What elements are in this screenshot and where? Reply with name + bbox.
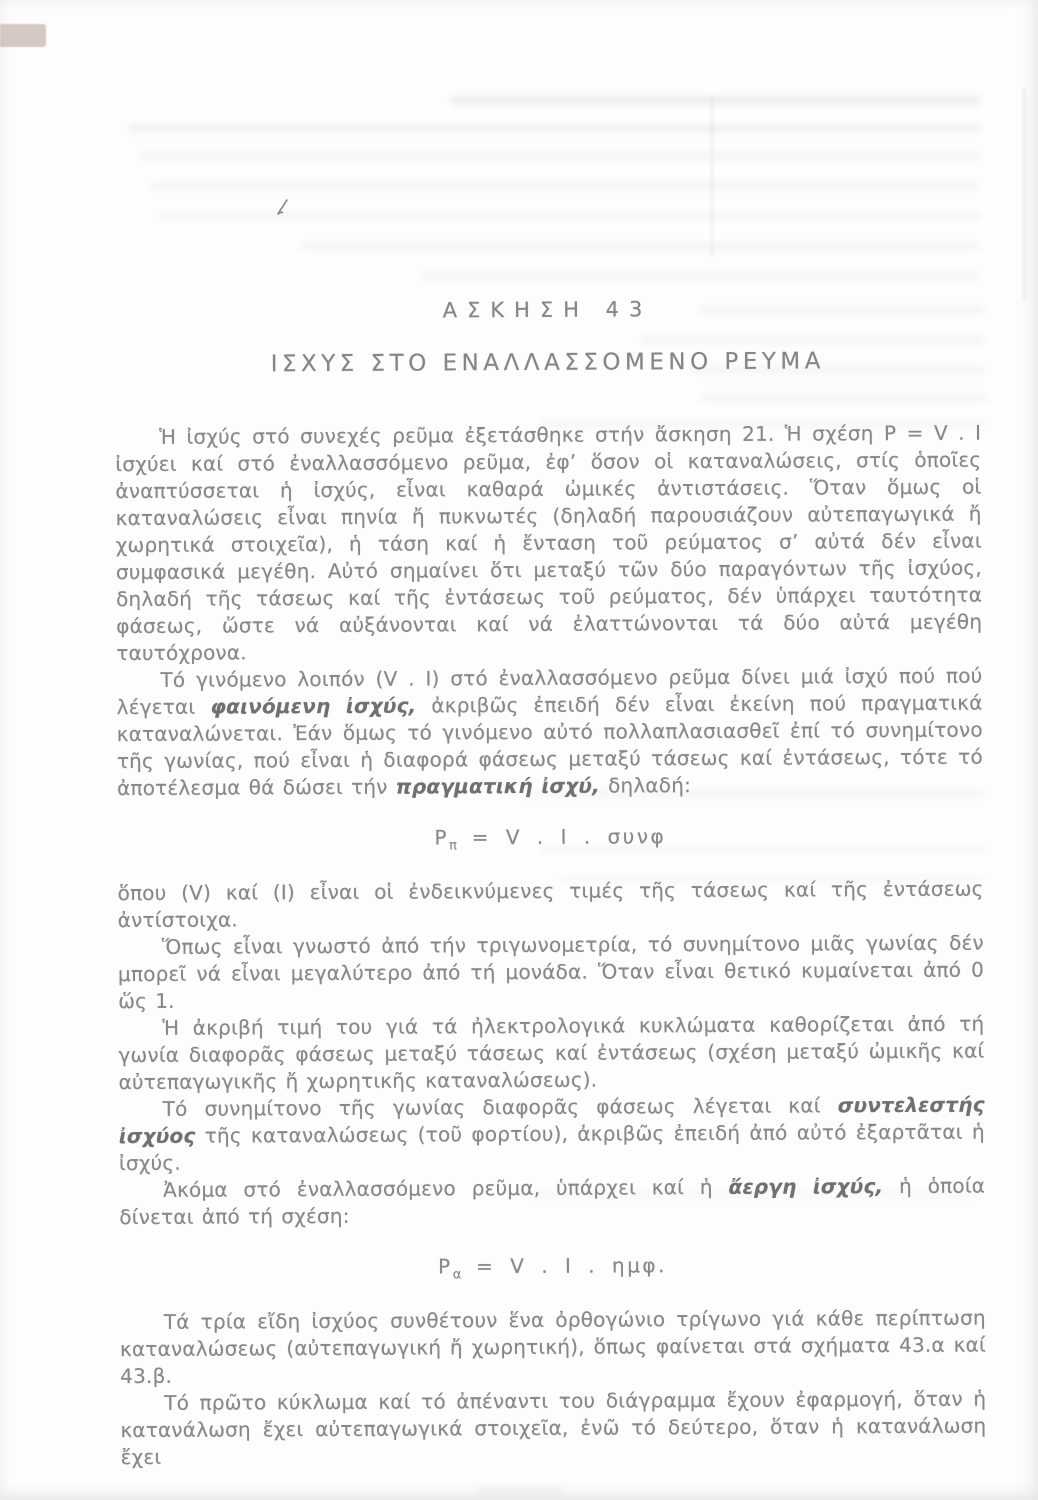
formula: Pπ = V . I . συνφ (117, 823, 983, 856)
paragraph: Ἡ ἀκριβή τιμή του γιά τά ἠλεκτρολογικά κ… (118, 1011, 984, 1097)
formula-expression: = V . I . ημφ. (461, 1253, 667, 1278)
paragraph: Τά τρία εἴδη ἰσχύος συνθέτουν ἕνα ὀρθογώ… (120, 1305, 986, 1391)
exercise-label: ΑΣΚΗΣΗ 43 (114, 296, 980, 325)
text-segment: Ἡ ἰσχύς στό συνεχές ρεῦμα ἐξετάσθηκε στή… (115, 421, 982, 666)
text-segment: Ὅπως εἶναι γνωστό ἀπό τήν τριγωνομετρία,… (118, 931, 984, 1014)
paragraph: Ἀκόμα στό ἐναλλασσόμενο ρεῦμα, ὑπάρχει κ… (119, 1173, 985, 1232)
bleed-through-smudge (478, 1488, 562, 1494)
text-segment: τῆς καταναλώσεως (τοῦ φορτίου), ἀκριβῶς … (119, 1120, 985, 1176)
paragraph: ὅπου (V) καί (I) εἶναι οἱ ἐνδεικνύμενες … (118, 876, 984, 935)
paragraph: Ἡ ἰσχύς στό συνεχές ρεῦμα ἐξετάσθηκε στή… (115, 420, 982, 668)
text-segment: δηλαδή: (600, 773, 691, 797)
paragraph: Τό πρῶτο κύκλωμα καί τό ἀπέναντι του διά… (120, 1386, 986, 1472)
formula-subscript: α (453, 1267, 462, 1282)
document-body: Ἡ ἰσχύς στό συνεχές ρεῦμα ἐξετάσθηκε στή… (115, 420, 986, 1472)
formula-expression: = V . I . συνφ (457, 824, 666, 849)
paragraph: Τό συνημίτονο τῆς γωνίας διαφορᾶς φάσεως… (119, 1092, 985, 1178)
bold-term: πραγματική ἰσχύ, (396, 774, 600, 799)
text-segment: Τό συνημίτονο τῆς γωνίας διαφορᾶς φάσεως… (163, 1093, 838, 1121)
bold-term: ἄεργη ἰσχύς, (728, 1174, 883, 1199)
text-segment: Ἀκόμα στό ἐναλλασσόμενο ρεῦμα, ὑπάρχει κ… (163, 1175, 728, 1202)
bold-term: φαινόμενη ἰσχύς, (210, 694, 416, 719)
paragraph: Ὅπως εἶναι γνωστό ἀπό τήν τριγωνομετρία,… (118, 930, 984, 1016)
formula-symbol: P (438, 1254, 453, 1278)
formula: Pα = V . I . ημφ. (119, 1252, 985, 1285)
text-segment: ὅπου (V) καί (I) εἶναι οἱ ἐνδεικνύμενες … (118, 877, 984, 933)
page-title: ΙΣΧΥΣ ΣΤΟ ΕΝΑΛΛΑΣΣΟΜΕΝΟ ΡΕΥΜΑ (115, 348, 981, 379)
text-segment: Ἡ ἀκριβή τιμή του γιά τά ἠλεκτρολογικά κ… (118, 1012, 984, 1095)
formula-subscript: π (449, 838, 457, 853)
document-content: ΑΣΚΗΣΗ 43 ΙΣΧΥΣ ΣΤΟ ΕΝΑΛΛΑΣΣΟΜΕΝΟ ΡΕΥΜΑ … (0, 0, 1038, 1472)
scanned-page: ΑΣΚΗΣΗ 43 ΙΣΧΥΣ ΣΤΟ ΕΝΑΛΛΑΣΣΟΜΕΝΟ ΡΕΥΜΑ … (0, 0, 1038, 1500)
text-segment: Τό πρῶτο κύκλωμα καί τό ἀπέναντι του διά… (120, 1387, 986, 1470)
text-segment: Τά τρία εἴδη ἰσχύος συνθέτουν ἕνα ὀρθογώ… (120, 1306, 986, 1389)
formula-symbol: P (434, 825, 449, 849)
paragraph: Τό γινόμενο λοιπόν (V . I) στό ἐναλλασσό… (116, 663, 983, 803)
